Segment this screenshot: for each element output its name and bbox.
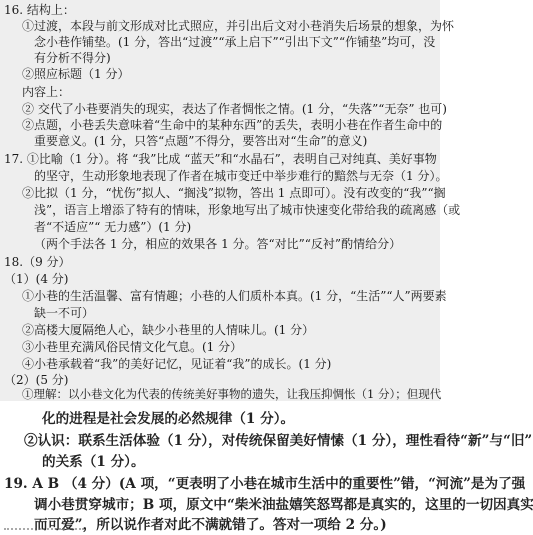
q16-content-item-2: ②点题，小巷丢失意味着“生命中的某种东西”的丢失，表明小巷在作者生命中的 [22, 117, 442, 133]
q18-part-1-item-4: ④小巷承载着“我”的美好记忆，见证着“我”的成长。(1 分) [22, 356, 331, 372]
q16-item-1-cont2: 有分析不得分) [34, 50, 111, 66]
q17-note: （两个手法各 1 分，相应的效果各 1 分。答“对比”“反衬”酌情给分） [34, 236, 401, 252]
q18-part-1-heading: （1）(4 分) [4, 271, 68, 287]
q18-part-2-item-2-cont: 的关系（1 分）。 [42, 452, 145, 472]
q16-item-2: ②照应标题（1 分） [22, 66, 129, 82]
answer-key-scan-upper: 16. 结构上： ①过渡，本段与前文形成对比式照应，并引出后文对小巷消失后场景的… [0, 0, 440, 401]
q17-item-2-cont2: 者“不适应”“ 无力感”）(1 分) [34, 219, 191, 235]
cutoff-text-fragment [4, 528, 84, 535]
q18-heading: 18.（9 分） [4, 254, 71, 270]
q18-part-1-item-2: ②高楼大厦隔绝人心，缺少小巷里的人情味儿。(1 分） [22, 322, 314, 338]
q17-item-2-cont: 浅”，语言上增添了特有的情味，形象地写出了城市快速变化带给我的疏离感（或 [34, 202, 460, 218]
answer-key-scan-lower: 化的进程是社会发展的必然规律（1 分）。 ②认识：联系生活体验（1 分），对传统… [0, 401, 533, 535]
q17-item-1: 17. ①比喻（1 分）。将 “我”比成 “蓝天”和“水晶石”，表明自己对纯真、… [4, 151, 437, 167]
q16-item-1: ①过渡，本段与前文形成对比式照应，并引出后文对小巷消失后场景的想象，为怀 [22, 18, 454, 34]
q16-content-item-2-cont: 重要意义。(1 分，只答“点题”不得分，要答出对“生命”的意义) [34, 133, 367, 149]
q16-content-item-1: ② 交代了小巷要消失的现实，表达了作者惆怅之情。(1 分，“失落”“无奈” 也可… [22, 101, 447, 117]
q18-part-2-item-1-cont: 化的进程是社会发展的必然规律（1 分）。 [42, 409, 294, 429]
q18-part-2-item-2: ②认识：联系生活体验（1 分），对传统保留美好情愫（1 分），理性看待“新”与“… [24, 431, 532, 451]
q19-answer: 19. A B （4 分）(A 项，“更表明了小巷在城市生活中的重要性”错，“河… [4, 474, 525, 494]
q17-item-2: ②比拟（1 分，“忧伤”拟人、“搁浅”拟物，答出 1 点即可）。没有改变的“我”… [22, 185, 446, 201]
q16-heading: 16. 结构上： [4, 2, 75, 18]
q19-answer-cont: 调小巷贯穿城市；B 项，原文中“柴米油盐嬉笑怒骂都是真实的，这里的一切因真实 [34, 495, 533, 515]
q16-content-heading: 内容上： [22, 84, 70, 100]
q16-item-1-cont: 念小巷作铺垫。(1 分，答出“过渡”“承上启下”“引出下文”“作铺垫”均可，没 [34, 34, 435, 50]
q19-answer-cont2: 而可爱”，所以说作者对此不满就错了。答对一项给 2 分。) [34, 515, 387, 535]
q18-part-1-item-1-cont: 缺一不可） [34, 305, 94, 321]
q18-part-1-item-3: ③小巷里充满风俗民情文化气息。(1 分） [22, 339, 242, 355]
q18-part-2-item-1: ①理解：以小巷文化为代表的传统美好事物的遗失，让我压抑惆怅（1 分）；但现代 [22, 386, 441, 402]
q18-part-1-item-1: ①小巷的生活温馨、富有情趣；小巷的人们质朴本真。(1 分，“生活”“人”两要素 [22, 288, 447, 304]
q17-item-1-cont: 的坚守，生动形象地表现了作者在城市变迁中举步难行的黯然与无奈（1 分）。 [34, 168, 447, 184]
